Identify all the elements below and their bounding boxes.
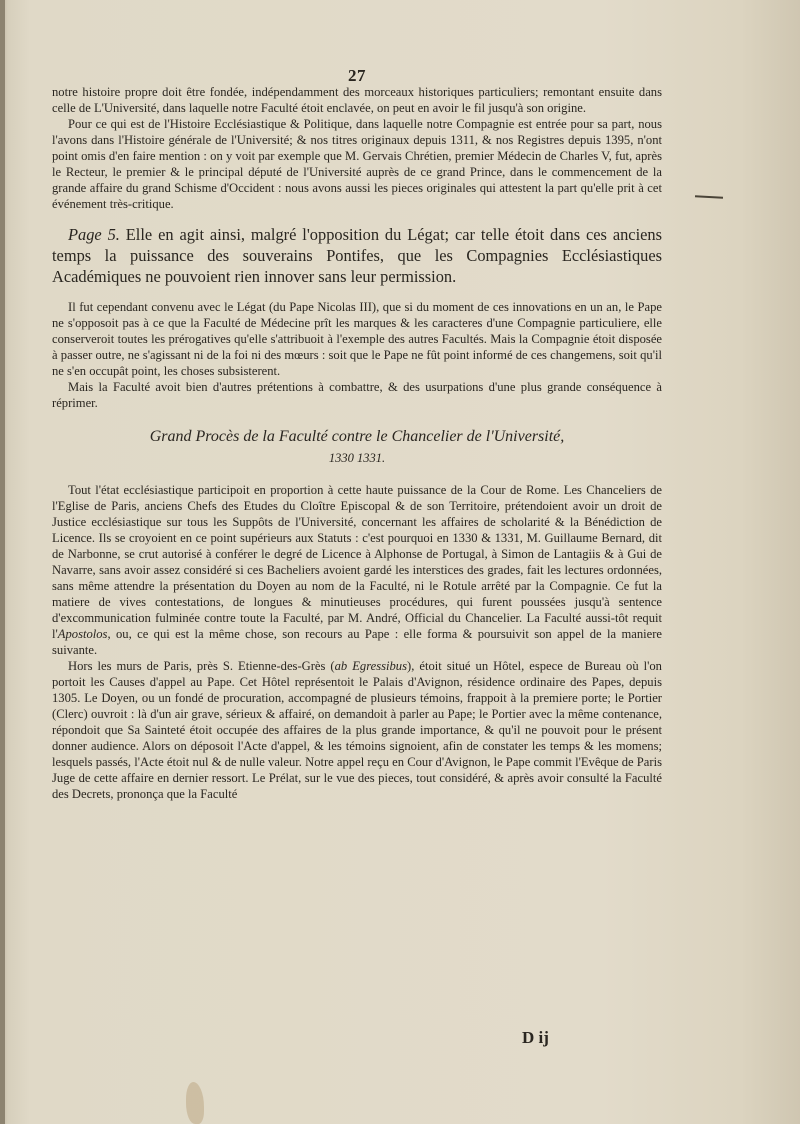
quoted-passage: Page 5. Elle en agit ainsi, malgré l'opp… [52, 224, 662, 287]
paragraph-hors-les-murs: Hors les murs de Paris, près S. Etienne-… [52, 658, 662, 802]
book-spine-edge [0, 0, 5, 1124]
margin-pen-mark [695, 195, 723, 198]
scanned-page: 27 notre histoire propre doit être fondé… [0, 0, 800, 1124]
page-body: 27 notre histoire propre doit être fondé… [52, 66, 662, 802]
paragraph-pretentions: Mais la Faculté avoit bien d'autres prét… [52, 379, 662, 411]
signature-mark: D ij [522, 1028, 549, 1048]
paragraph-continuation: notre histoire propre doit être fondée, … [52, 84, 662, 116]
italic-term: Apostolos [58, 627, 108, 641]
quote-text: Elle en agit ainsi, malgré l'opposition … [52, 225, 662, 286]
paper-stain [186, 1082, 204, 1124]
page-number: 27 [52, 66, 662, 86]
section-heading: Grand Procès de la Faculté contre le Cha… [52, 427, 662, 447]
italic-term: ab Egressibus [335, 659, 407, 673]
paragraph-etat-ecclesiastique: Tout l'état ecclésiastique participoit e… [52, 482, 662, 658]
section-years: 1330 1331. [52, 451, 662, 466]
paragraph-history: Pour ce qui est de l'Histoire Ecclésiast… [52, 116, 662, 212]
quote-label: Page 5. [68, 225, 120, 244]
paragraph-legat: Il fut cependant convenu avec le Légat (… [52, 299, 662, 379]
